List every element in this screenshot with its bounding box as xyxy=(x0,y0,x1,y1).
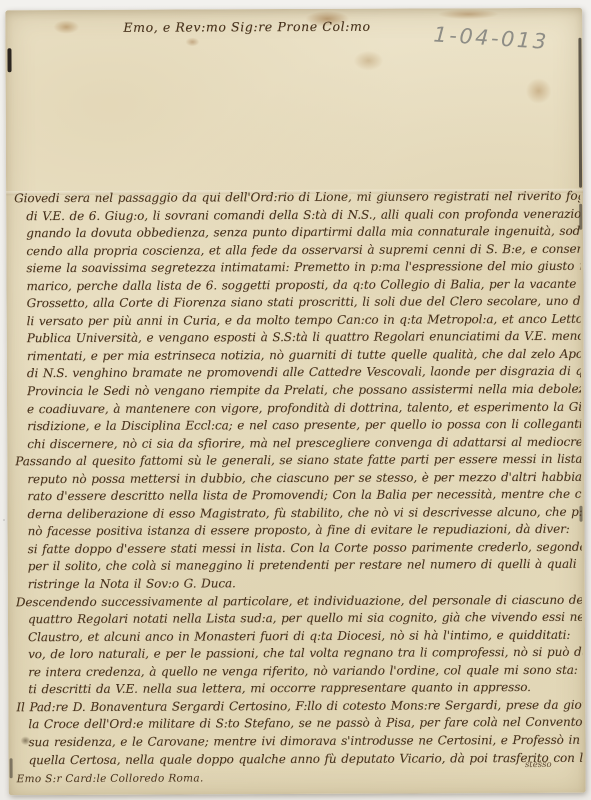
letter-line: sieme la soavissima segretezza intimatam… xyxy=(26,258,580,278)
archival-number: 1-04-013 xyxy=(432,22,549,53)
letter-line: sua residenza, e le Carovane; mentre ivi… xyxy=(28,732,582,752)
stain xyxy=(438,9,498,19)
letter-line: quella Certosa, nella quale doppo qualch… xyxy=(29,749,583,769)
address-line: Emo S:r Card:le Colloredo Roma. xyxy=(17,772,204,785)
letter-line: quattro Regolari notati nella Lista sud:… xyxy=(28,609,582,629)
manuscript-page: Emo, e Rev:mo Sig:re Prone Col:mo 1-04-0… xyxy=(5,8,585,796)
letter-salutation: Emo, e Rev:mo Sig:re Prone Col:mo xyxy=(123,19,370,35)
stain xyxy=(53,20,79,34)
stain xyxy=(526,78,552,104)
letter-line: rato d'essere descritto nella lista de P… xyxy=(27,486,581,506)
letter-line: vo, de loro naturali, e per le passioni,… xyxy=(28,644,582,664)
edge-mark xyxy=(7,48,11,72)
catchword: stesso xyxy=(525,760,552,770)
letter-line: Provincia le Sedi nò vengano riempite da… xyxy=(27,381,581,401)
stain xyxy=(185,37,199,46)
letter-line: Publica Università, e vengano esposti à … xyxy=(27,328,581,348)
stain xyxy=(353,51,383,71)
letter-line: Giovedi sera nel passaggio da qui dell'O… xyxy=(14,188,580,208)
letter-line: per il solito, che colà si maneggino li … xyxy=(28,556,582,576)
letter-body: Giovedi sera nel passaggio da qui dell'O… xyxy=(14,188,583,770)
letter-line: Grossetto, alla Corte di Fiorenza siano … xyxy=(27,293,581,313)
edge-mark xyxy=(578,38,582,188)
letter-line: risdizione, e la Disciplina Eccl:ca; e n… xyxy=(27,416,581,436)
edge-mark xyxy=(10,758,13,778)
letter-line: gnando la dovuta obbedienza, senza punto… xyxy=(26,223,580,243)
letter-line: Passando al quesito fattomi sù le genera… xyxy=(15,451,581,471)
letter-line: ti descritti da V.E. nella sua lettera, … xyxy=(28,679,582,699)
